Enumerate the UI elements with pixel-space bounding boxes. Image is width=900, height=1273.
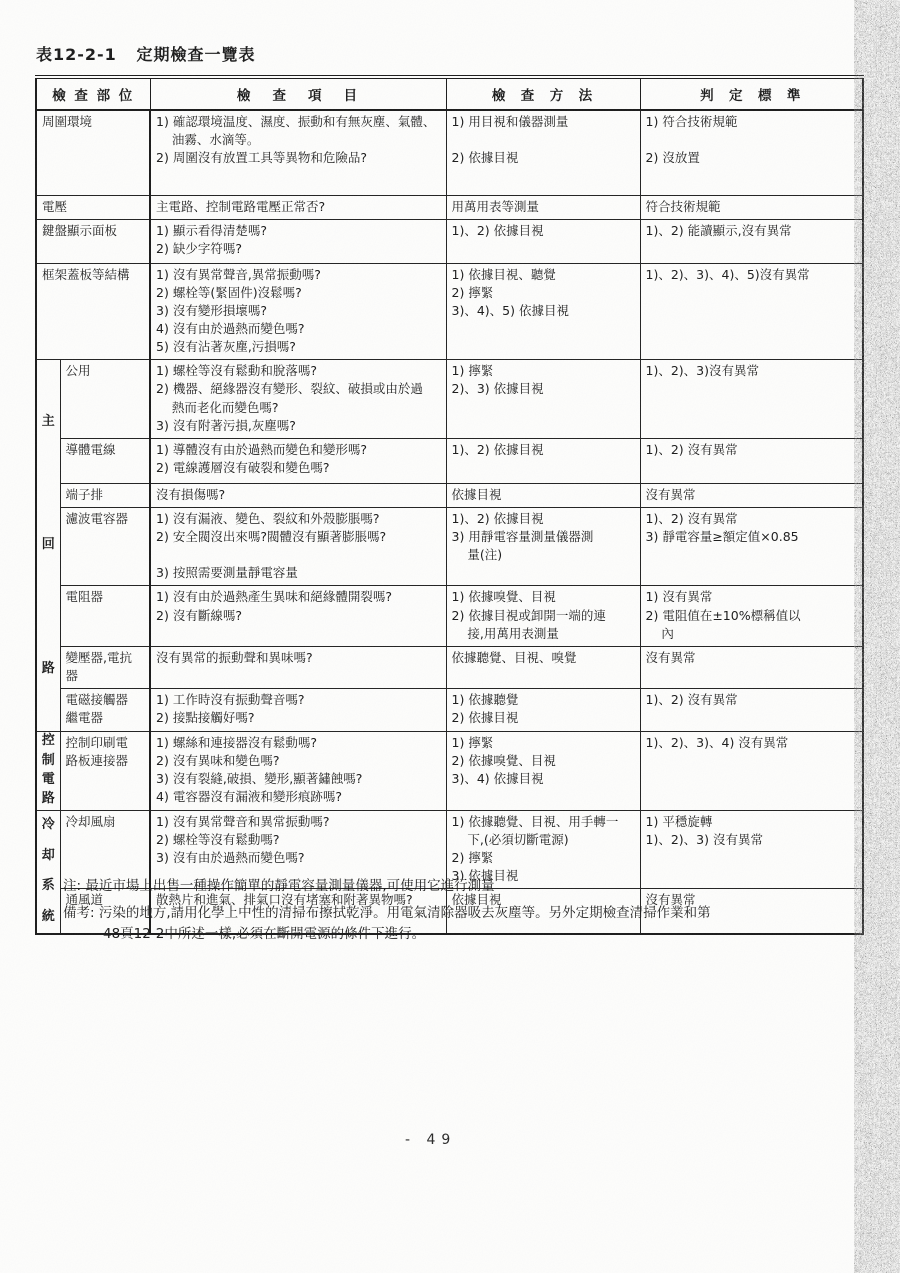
- group-label: 主回路: [36, 360, 60, 732]
- method-cell: 1) 擰緊 2) 依據嗅覺、目視 3)、4) 依據目視: [446, 732, 640, 811]
- header-criteria: 判 定 標 準: [640, 77, 863, 110]
- criteria-cell: 1) 符合技術規範 2) 沒放置: [640, 110, 863, 195]
- items-cell: 1) 導體沒有由於過熱而變色和變形嗎? 2) 電線護層沒有破裂和變色嗎?: [150, 438, 446, 483]
- table-row: 電壓主電路、控制電路電壓正常否?用萬用表等測量符合技術規範: [36, 195, 863, 219]
- group-label: 冷却系統: [36, 810, 60, 934]
- header-items: 檢 查 項 目: [150, 77, 446, 110]
- criteria-cell: 1)、2) 能讀顯示,沒有異常: [640, 219, 863, 263]
- table-row: 框架蓋板等結構1) 沒有異常聲音,異常振動嗎? 2) 螺栓等(緊固件)沒鬆嗎? …: [36, 263, 863, 360]
- part-cell: 控制印刷電 路板連接器: [60, 732, 150, 811]
- items-cell: 1) 螺栓等沒有鬆動和脫落嗎? 2) 機器、絕緣器沒有變形、裂紋、破損或由於過 …: [150, 360, 446, 439]
- scanned-document-page: 表12-2-1 定期檢查一覽表 檢 查 部 位 檢 查 項 目 檢 查 方 法 …: [0, 0, 900, 1273]
- criteria-cell: 沒有異常: [640, 483, 863, 507]
- inspection-table: 檢 查 部 位 檢 查 項 目 檢 查 方 法 判 定 標 準 周圍環境1) 確…: [35, 75, 864, 935]
- method-cell: 1)、2) 依據目視: [446, 219, 640, 263]
- method-cell: 1) 依據嗅覺、目視 2) 依據目視或卸開一端的連 接,用萬用表測量: [446, 586, 640, 646]
- items-cell: 1) 沒有異常聲音,異常振動嗎? 2) 螺栓等(緊固件)沒鬆嗎? 3) 沒有變形…: [150, 263, 446, 360]
- table-row: 電阻器1) 沒有由於過熱產生異味和絕緣體開裂嗎? 2) 沒有斷線嗎?1) 依據嗅…: [36, 586, 863, 646]
- table-header-row: 檢 查 部 位 檢 查 項 目 檢 查 方 法 判 定 標 準: [36, 77, 863, 110]
- table-row: 導體電線1) 導體沒有由於過熱而變色和變形嗎? 2) 電線護層沒有破裂和變色嗎?…: [36, 438, 863, 483]
- items-cell: 1) 沒有由於過熱產生異味和絕緣體開裂嗎? 2) 沒有斷線嗎?: [150, 586, 446, 646]
- part-cell: 導體電線: [60, 438, 150, 483]
- items-cell: 1) 沒有漏液、變色、裂紋和外殼膨脹嗎? 2) 安全閥沒出來嗎?閥體沒有顯著膨脹…: [150, 507, 446, 586]
- items-cell: 1) 顯示看得清楚嗎? 2) 缺少字符嗎?: [150, 219, 446, 263]
- inspection-table-body: 周圍環境1) 確認環境温度、濕度、振動和有無灰塵、氣體、 油霧、水滴等。 2) …: [36, 110, 863, 934]
- items-cell: 主電路、控制電路電壓正常否?: [150, 195, 446, 219]
- items-cell: 1) 工作時沒有振動聲音嗎? 2) 接點接觸好嗎?: [150, 689, 446, 732]
- table-row: 濾波電容器1) 沒有漏液、變色、裂紋和外殼膨脹嗎? 2) 安全閥沒出來嗎?閥體沒…: [36, 507, 863, 586]
- part-cell: 公用: [60, 360, 150, 439]
- table-row: 鍵盤顯示面板1) 顯示看得清楚嗎? 2) 缺少字符嗎?1)、2) 依據目視1)、…: [36, 219, 863, 263]
- page-title: 表12-2-1 定期檢查一覽表: [36, 42, 256, 65]
- method-cell: 1)、2) 依據目視 3) 用靜電容量測量儀器測 量(注): [446, 507, 640, 586]
- method-cell: 1)、2) 依據目視: [446, 438, 640, 483]
- footnote-remark-line2: 48頁12-2中所述一樣,必須在斷開電源的條件下進行。: [103, 924, 853, 945]
- items-cell: 沒有損傷嗎?: [150, 483, 446, 507]
- criteria-cell: 符合技術規範: [640, 195, 863, 219]
- method-cell: 1) 用目視和儀器測量 2) 依據目視: [446, 110, 640, 195]
- method-cell: 1) 擰緊 2)、3) 依據目視: [446, 360, 640, 439]
- header-part: 檢 查 部 位: [36, 77, 150, 110]
- part-cell: 框架蓋板等結構: [36, 263, 150, 360]
- footnote-note: 注: 最近市場上出售一種操作簡單的靜電容量測量儀器,可使用它進行測量: [63, 876, 853, 897]
- group-label: 控制電路: [36, 732, 60, 811]
- part-cell: 端子排: [60, 483, 150, 507]
- table-row: 端子排沒有損傷嗎?依據目視沒有異常: [36, 483, 863, 507]
- items-cell: 沒有異常的振動聲和異味嗎?: [150, 646, 446, 688]
- method-cell: 依據目視: [446, 483, 640, 507]
- criteria-cell: 1) 沒有異常 2) 電阻值在±10%標稱值以 內: [640, 586, 863, 646]
- footnote-remark-line1: 備考: 污染的地方,請用化學上中性的清掃布擦拭乾淨。用電氣清除器吸去灰塵等。另外…: [63, 903, 853, 924]
- part-cell: 周圍環境: [36, 110, 150, 195]
- part-cell: 電磁接觸器 繼電器: [60, 689, 150, 732]
- group-label-text: 冷却系統: [37, 811, 60, 933]
- table-row: 控制電路控制印刷電 路板連接器1) 螺絲和連接器沒有鬆動嗎? 2) 沒有異味和變…: [36, 732, 863, 811]
- group-label-text: 控制電路: [37, 732, 60, 810]
- table-row: 主回路公用1) 螺栓等沒有鬆動和脫落嗎? 2) 機器、絕緣器沒有變形、裂紋、破損…: [36, 360, 863, 439]
- inspection-table-wrap: 檢 查 部 位 檢 查 項 目 檢 查 方 法 判 定 標 準 周圍環境1) 確…: [35, 75, 862, 935]
- criteria-cell: 1)、2) 沒有異常 3) 靜電容量≥額定值×0.85: [640, 507, 863, 586]
- page-number: - 49: [405, 1132, 456, 1148]
- part-cell: 變壓器,電抗器: [60, 646, 150, 688]
- scan-edge-noise-band: [854, 0, 900, 1273]
- part-cell: 電壓: [36, 195, 150, 219]
- criteria-cell: 1)、2)、3)、4) 沒有異常: [640, 732, 863, 811]
- part-cell: 鍵盤顯示面板: [36, 219, 150, 263]
- items-cell: 1) 確認環境温度、濕度、振動和有無灰塵、氣體、 油霧、水滴等。 2) 周圍沒有…: [150, 110, 446, 195]
- part-cell: 電阻器: [60, 586, 150, 646]
- criteria-cell: 沒有異常: [640, 646, 863, 688]
- items-cell: 1) 螺絲和連接器沒有鬆動嗎? 2) 沒有異味和變色嗎? 3) 沒有裂縫,破損、…: [150, 732, 446, 811]
- header-method: 檢 查 方 法: [446, 77, 640, 110]
- criteria-cell: 1)、2)、3)、4)、5)沒有異常: [640, 263, 863, 360]
- table-row: 周圍環境1) 確認環境温度、濕度、振動和有無灰塵、氣體、 油霧、水滴等。 2) …: [36, 110, 863, 195]
- criteria-cell: 1)、2) 沒有異常: [640, 438, 863, 483]
- method-cell: 依據聽覺、目視、嗅覺: [446, 646, 640, 688]
- table-row: 變壓器,電抗器沒有異常的振動聲和異味嗎?依據聽覺、目視、嗅覺沒有異常: [36, 646, 863, 688]
- group-label-text: 主回路: [37, 360, 60, 731]
- method-cell: 1) 依據目視、聽覺 2) 擰緊 3)、4)、5) 依據目視: [446, 263, 640, 360]
- criteria-cell: 1)、2)、3)沒有異常: [640, 360, 863, 439]
- part-cell: 濾波電容器: [60, 507, 150, 586]
- method-cell: 用萬用表等測量: [446, 195, 640, 219]
- method-cell: 1) 依據聽覺 2) 依據目視: [446, 689, 640, 732]
- table-row: 電磁接觸器 繼電器1) 工作時沒有振動聲音嗎? 2) 接點接觸好嗎?1) 依據聽…: [36, 689, 863, 732]
- criteria-cell: 1)、2) 沒有異常: [640, 689, 863, 732]
- footnotes: 注: 最近市場上出售一種操作簡單的靜電容量測量儀器,可使用它進行測量 備考: 污…: [63, 876, 853, 945]
